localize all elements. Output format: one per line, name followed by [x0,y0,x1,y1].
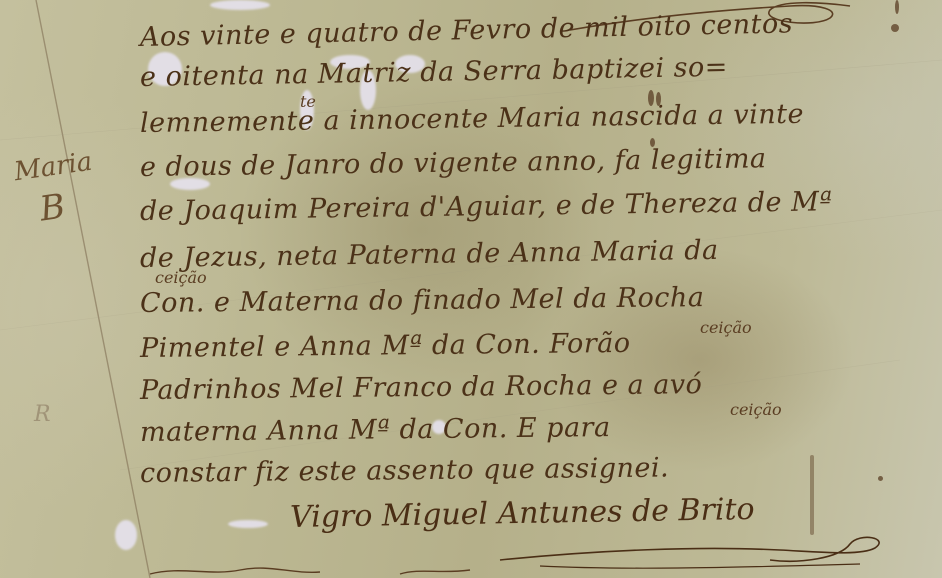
superscript-ceicao: ceição [155,268,207,287]
paper-damage-stain [115,520,137,550]
superscript-ceicao: ceição [700,318,752,337]
record-line: constar fiz este assento que assignei. [140,452,669,489]
record-line: de Joaquim Pereira d'Aguiar, e de Therez… [140,186,833,227]
paper-damage-stain [210,0,270,10]
margin-note-mark: R [34,402,51,427]
record-line: Aos vinte e quatro de Fevro de mil oito … [140,8,794,53]
ink-blot [895,0,899,14]
margin-note-name: Maria [12,147,94,188]
margin-note-letter: B [37,186,67,229]
record-line: e dous de Janro do vigente anno, fa legi… [140,143,767,183]
record-line: Pimentel e Anna Mª da Con. Forão [140,328,631,364]
record-line: e oitenta na Matriz da Serra baptizei so… [140,52,728,93]
record-line: Con. e Materna do finado Mel da Rocha [140,282,705,319]
paper-damage-stain [228,520,268,528]
priest-signature: Vigro Miguel Antunes de Brito [290,492,755,535]
ink-blot [891,24,899,32]
next-record-fragment [140,560,640,578]
superscript-ceicao: ceição [730,400,782,419]
record-line: de Jezus, neta Paterna de Anna Maria da [140,235,719,274]
ink-blot [810,455,814,535]
record-line: Padrinhos Mel Franco da Rocha e a avó [140,369,703,406]
document-photo: Maria B R Aos vinte e quatro de Fevro de… [0,0,942,578]
ink-blot [878,476,883,481]
record-line: lemnemente a innocente Maria nascida a v… [140,99,804,139]
record-line: materna Anna Mª da Con. E para [140,412,611,448]
